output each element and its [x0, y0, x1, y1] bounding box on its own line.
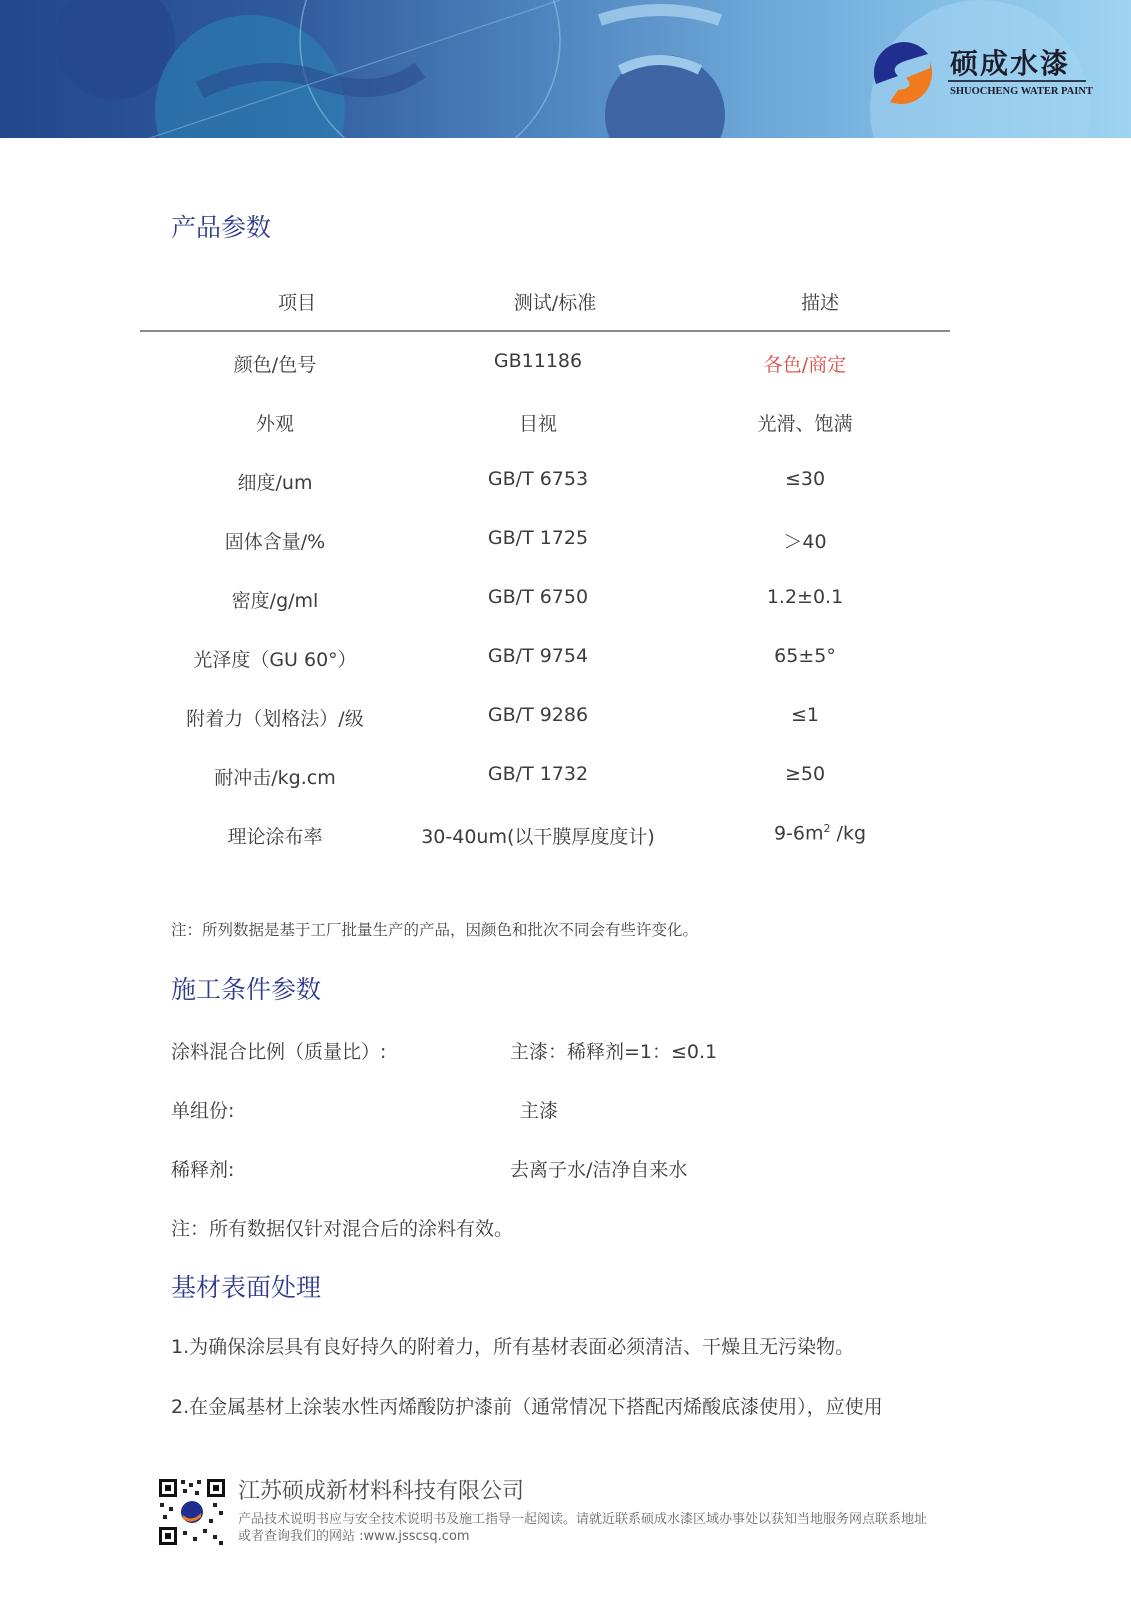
cell-description: ＞40: [783, 527, 826, 554]
cell-description: 光滑、饱满: [757, 409, 852, 436]
surface-paragraph-1: 1.为确保涂层具有良好持久的附着力，所有基材表面必须清洁、干燥且无污染物。: [171, 1332, 854, 1359]
product-params-note: 注：所列数据是基于工厂批量生产的产品，因颜色和批次不同会有些许变化。: [171, 918, 698, 940]
cell-standard: GB/T 6753: [488, 468, 588, 490]
cell-standard: 30-40um(以干膜厚度度计): [421, 822, 655, 849]
cell-item: 光泽度（GU 60°）: [193, 645, 356, 672]
cell-description: 1.2±0.1: [767, 586, 843, 608]
component-value: 主漆: [520, 1096, 558, 1123]
footer-company-name: 江苏硕成新材料科技有限公司: [238, 1474, 524, 1505]
brand-logo: 硕成水漆 SHUOCHENG WATER PAINT: [868, 36, 1088, 108]
table-row: 外观目视光滑、饱满: [140, 391, 950, 450]
logo-chinese-name: 硕成水漆: [950, 42, 1070, 82]
table-row: 固体含量/%GB/T 1725＞40: [140, 509, 950, 568]
cell-description: 65±5°: [774, 645, 836, 667]
desc-text: 9-6m: [774, 822, 824, 844]
cell-item: 固体含量/%: [225, 527, 325, 554]
cell-standard: GB11186: [494, 350, 582, 372]
cell-description: ≤1: [791, 704, 819, 726]
table-row: 附着力（划格法）/级GB/T 9286≤1: [140, 686, 950, 745]
table-row: 理论涂布率30-40um(以干膜厚度度计)9-6m2 /kg: [140, 804, 950, 863]
cell-standard: GB/T 1732: [488, 763, 588, 785]
table-row: 耐冲击/kg.cmGB/T 1732≥50: [140, 745, 950, 804]
section-title-product-params: 产品参数: [171, 208, 271, 244]
desc-superscript: 2: [824, 822, 831, 835]
cell-standard: GB/T 1725: [488, 527, 588, 549]
cell-item: 颜色/色号: [234, 350, 316, 377]
desc-unit: /kg: [831, 822, 867, 844]
logo-english-name: SHUOCHENG WATER PAINT: [950, 86, 1093, 97]
mix-ratio-label: 涂料混合比例（质量比）:: [171, 1037, 386, 1064]
thinner-value: 去离子水/洁净自来水: [510, 1155, 687, 1182]
logo-mark-icon: [868, 38, 938, 108]
cell-item: 外观: [256, 409, 294, 436]
cell-item: 理论涂布率: [227, 822, 322, 849]
table-row: 密度/g/mlGB/T 67501.2±0.1: [140, 568, 950, 627]
header-banner: 硕成水漆 SHUOCHENG WATER PAINT: [0, 0, 1131, 138]
section-title-construction-params: 施工条件参数: [171, 970, 321, 1006]
qr-code-icon[interactable]: [157, 1477, 227, 1547]
column-header-standard: 测试/标准: [514, 288, 596, 315]
cell-item: 密度/g/ml: [232, 586, 319, 613]
table-row: 颜色/色号GB11186各色/商定: [140, 332, 950, 391]
product-params-table: 项目 测试/标准 描述 颜色/色号GB11186各色/商定外观目视光滑、饱满细度…: [140, 280, 950, 863]
cell-item: 耐冲击/kg.cm: [214, 763, 335, 790]
section-title-surface-treatment: 基材表面处理: [171, 1268, 321, 1304]
table-row: 细度/umGB/T 6753≤30: [140, 450, 950, 509]
column-header-description: 描述: [801, 288, 839, 315]
column-header-item: 项目: [278, 288, 316, 315]
cell-standard: GB/T 9754: [488, 645, 588, 667]
surface-paragraph-2: 2.在金属基材上涂装水性丙烯酸防护漆前（通常情况下搭配丙烯酸底漆使用），应使用: [171, 1392, 883, 1419]
cell-description: ≤30: [785, 468, 825, 490]
cell-item: 细度/um: [238, 468, 313, 495]
cell-description: 各色/商定: [764, 350, 846, 377]
table-header: 项目 测试/标准 描述: [140, 280, 950, 332]
cell-standard: GB/T 9286: [488, 704, 588, 726]
component-label: 单组份:: [171, 1096, 234, 1123]
table-row: 光泽度（GU 60°）GB/T 975465±5°: [140, 627, 950, 686]
cell-item: 附着力（划格法）/级: [186, 704, 363, 731]
footer-website[interactable]: 或者查询我们的网站 :www.jsscsq.com: [238, 1525, 470, 1544]
cell-description: 9-6m2 /kg: [774, 822, 866, 844]
cell-standard: GB/T 6750: [488, 586, 588, 608]
cell-description: ≥50: [785, 763, 825, 785]
construction-note: 注：所有数据仅针对混合后的涂料有效。: [171, 1214, 513, 1241]
thinner-label: 稀释剂:: [171, 1155, 234, 1182]
cell-standard: 目视: [519, 409, 557, 436]
logo-divider: [948, 80, 1086, 82]
mix-ratio-value: 主漆：稀释剂=1：≤0.1: [510, 1037, 717, 1064]
